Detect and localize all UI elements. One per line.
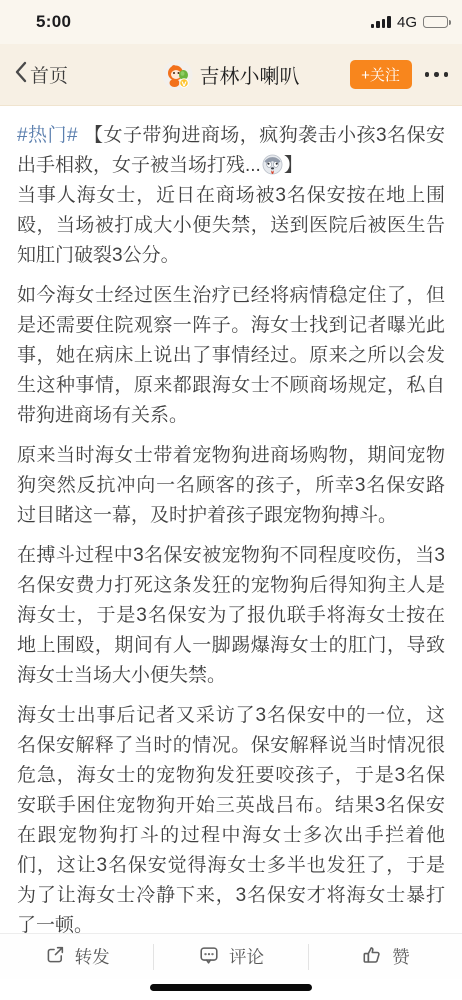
avatar: V	[163, 60, 193, 90]
comment-icon	[198, 944, 220, 969]
signal-strength-icon	[371, 16, 391, 28]
comment-button[interactable]: 评论	[154, 934, 307, 979]
post-paragraph: 当事人海女士，近日在商场被3名保安按在地上围殴，当场被打成大小便失禁，送到医院后…	[17, 181, 445, 271]
post-title-block: #热门#【女子带狗进商场，疯狗袭击小孩3名保安出手相救，女子被当场打残... 】	[17, 121, 445, 181]
repost-icon	[44, 944, 66, 969]
post-paragraph: 原来当时海女士带着宠物狗进商场购物，期间宠物狗突然反抗冲向一名顾客的孩子，所幸3…	[17, 441, 445, 531]
home-indicator-area	[0, 979, 462, 1000]
nav-bar: 首页 V 吉林小喇叭 +关注	[0, 44, 462, 106]
post-paragraph: 如今海女士经过医生治疗已经将病情稳定住了，但是还需要住院观察一阵子。海女士找到记…	[17, 281, 445, 431]
repost-label: 转发	[75, 944, 110, 969]
network-type-label: 4G	[397, 14, 417, 31]
post-paragraph: 在搏斗过程中3名保安被宠物狗不同程度咬伤，当3名保安费力打死这条发狂的宠物狗后得…	[17, 541, 445, 691]
nav-actions: +关注	[350, 60, 449, 89]
svg-text:V: V	[181, 79, 186, 87]
comment-label: 评论	[229, 944, 264, 969]
hashtag-link[interactable]: #热门#	[17, 125, 78, 146]
status-indicators: 4G	[371, 14, 448, 31]
repost-button[interactable]: 转发	[0, 934, 153, 979]
chevron-left-icon	[14, 61, 27, 88]
follow-button[interactable]: +关注	[350, 60, 412, 89]
home-indicator[interactable]	[150, 984, 312, 991]
post-title-text: 【女子带狗进商场，疯狗袭击小孩3名保安出手相救，女子被当场打残...	[17, 125, 445, 176]
back-button-label: 首页	[30, 61, 68, 88]
account-info[interactable]: V 吉林小喇叭	[163, 60, 300, 90]
post-paragraph: 海女士出事后记者又采访了3名保安中的一位，这名保安解释了当时的情况。保安解释说当…	[17, 701, 445, 933]
post-content: #热门#【女子带狗进商场，疯狗袭击小孩3名保安出手相救，女子被当场打残... 】…	[0, 106, 462, 933]
status-bar: 5:00 4G	[0, 0, 462, 44]
back-button[interactable]: 首页	[14, 61, 68, 88]
more-options-icon[interactable]	[425, 68, 449, 81]
action-toolbar: 转发 评论 赞	[0, 933, 462, 979]
account-name: 吉林小喇叭	[200, 60, 300, 89]
like-label: 赞	[392, 944, 410, 969]
post-title-close: 】	[284, 155, 303, 176]
husky-dog-emoji	[262, 154, 283, 175]
clock: 5:00	[36, 12, 71, 32]
thumbs-up-icon	[361, 944, 383, 969]
battery-icon	[423, 16, 448, 29]
like-button[interactable]: 赞	[309, 934, 462, 979]
